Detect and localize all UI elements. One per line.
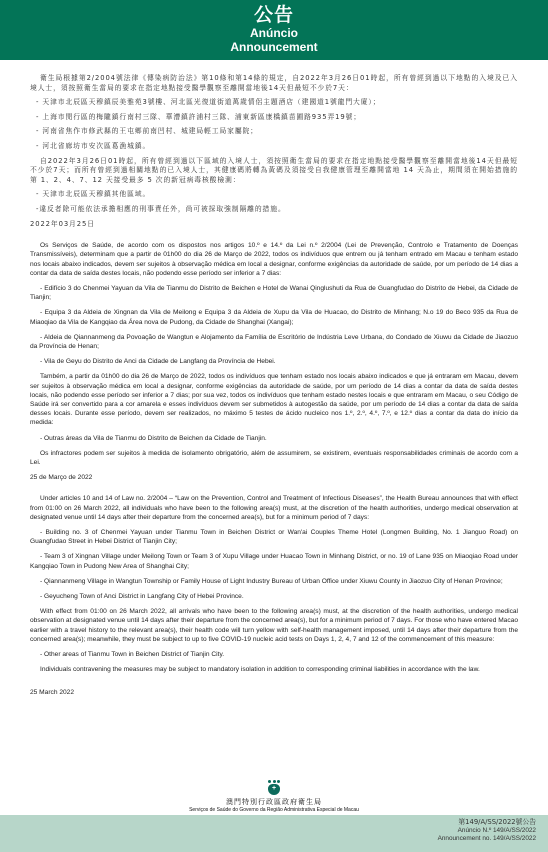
title-zh: 公告: [0, 0, 548, 26]
reference-zh: 第149/A/SS/2022號公告: [438, 818, 536, 827]
pt-location-item: - Edifício 3 do Chenmei Yayuan da Vila d…: [30, 284, 518, 302]
reference-en: Announcement no. 149/A/SS/2022: [438, 835, 536, 844]
english-section: Under articles 10 and 14 of Law no. 2/20…: [30, 494, 518, 697]
issuer-name-pt: Serviços de Saúde do Governo da Região A…: [0, 807, 548, 813]
zh-paragraph-2: 自2022年3月26日01時起，所有曾經到過以下區域的入境人士，須按照衛生當局的…: [30, 157, 518, 186]
pt-date: 25 de Março de 2022: [30, 473, 518, 482]
footer-band: 第149/A/SS/2022號公告 Anúncio N.º 149/A/SS/2…: [0, 815, 548, 852]
zh-penalty: -違反者除可能依法承擔相應的刑事責任外，尚可被採取強制隔離的措施。: [30, 205, 518, 215]
en-paragraph-2: With effect from 01:00 on 26 March 2022,…: [30, 607, 518, 644]
issuer-name-zh: 澳門特別行政區政府衛生局: [0, 798, 548, 807]
pt-paragraph-2: Também, a partir da 01h00 do dia 26 de M…: [30, 372, 518, 427]
reference-pt: Anúncio N.º 149/A/SS/2022: [438, 827, 536, 836]
pt-intro: Os Serviços de Saúde, de acordo com os d…: [30, 241, 518, 278]
title-pt: Anúncio: [0, 26, 548, 40]
en-intro: Under articles 10 and 14 of Law no. 2/20…: [30, 494, 518, 522]
en-date: 25 March 2022: [30, 688, 518, 697]
en-location-item: - Team 3 of Xingnan Village under Meilon…: [30, 552, 518, 570]
announcement-body: 衛生局根據第2/2004號法律《傳染病防治法》第10條和第14條的規定，自202…: [30, 74, 518, 704]
pt-location-item: - Vila de Geyu do Distrito de Anci da Ci…: [30, 357, 518, 366]
zh-intro: 衛生局根據第2/2004號法律《傳染病防治法》第10條和第14條的規定，自202…: [30, 74, 518, 93]
pt-location-item: - Outras áreas da Vila de Tianmu do Dist…: [30, 434, 518, 443]
pt-location-item: - Aldeia de Qiannanmeng da Povoação de W…: [30, 333, 518, 351]
zh-location-item: - 上海市閔行區的梅隴鎮行南村三隊、華漕鎮許浦村三隊、浦東新區康橋鎮苗圃路935…: [30, 113, 518, 123]
portuguese-section: Os Serviços de Saúde, de acordo com os d…: [30, 241, 518, 482]
announcement-reference: 第149/A/SS/2022號公告 Anúncio N.º 149/A/SS/2…: [438, 818, 536, 844]
zh-location-item: - 河北省廊坊市安次區葛漁城鎮。: [30, 142, 518, 152]
en-location-item: - Geyucheng Town of Anci District in Lan…: [30, 592, 518, 601]
chinese-section: 衛生局根據第2/2004號法律《傳染病防治法》第10條和第14條的規定，自202…: [30, 74, 518, 229]
en-penalty: Individuals contravening the measures ma…: [30, 665, 518, 674]
title-en: Announcement: [0, 40, 548, 54]
en-location-item: - Qiannanmeng Village in Wangtun Townshi…: [30, 577, 518, 586]
zh-location-item: - 河南省焦作市修武縣的王屯鄉前南凹村、城建局輕工局家屬院；: [30, 127, 518, 137]
zh-location-item: - 天津市北辰區天穆鎮辰美雅苑3號樓、河北區光復道街道萬歲情侶主題酒店（建國道1…: [30, 98, 518, 108]
footer-issuer: + 澳門特別行政區政府衛生局 Serviços de Saúde do Gove…: [0, 780, 548, 813]
zh-date: 2022年03月25日: [30, 220, 518, 230]
health-bureau-logo-icon: +: [266, 780, 282, 796]
en-location-item: - Other areas of Tianmu Town in Beichen …: [30, 650, 518, 659]
en-location-item: - Building no. 3 of Chenmei Yayuan under…: [30, 528, 518, 546]
pt-penalty: Os infractores podem ser sujeitos à medi…: [30, 449, 518, 467]
announcement-header: 公告 Anúncio Announcement: [0, 0, 548, 60]
pt-location-item: - Equipa 3 da Aldeia de Xingnan da Vila …: [30, 308, 518, 326]
zh-location-item: - 天津市北辰區天穆鎮其他區域。: [30, 190, 518, 200]
